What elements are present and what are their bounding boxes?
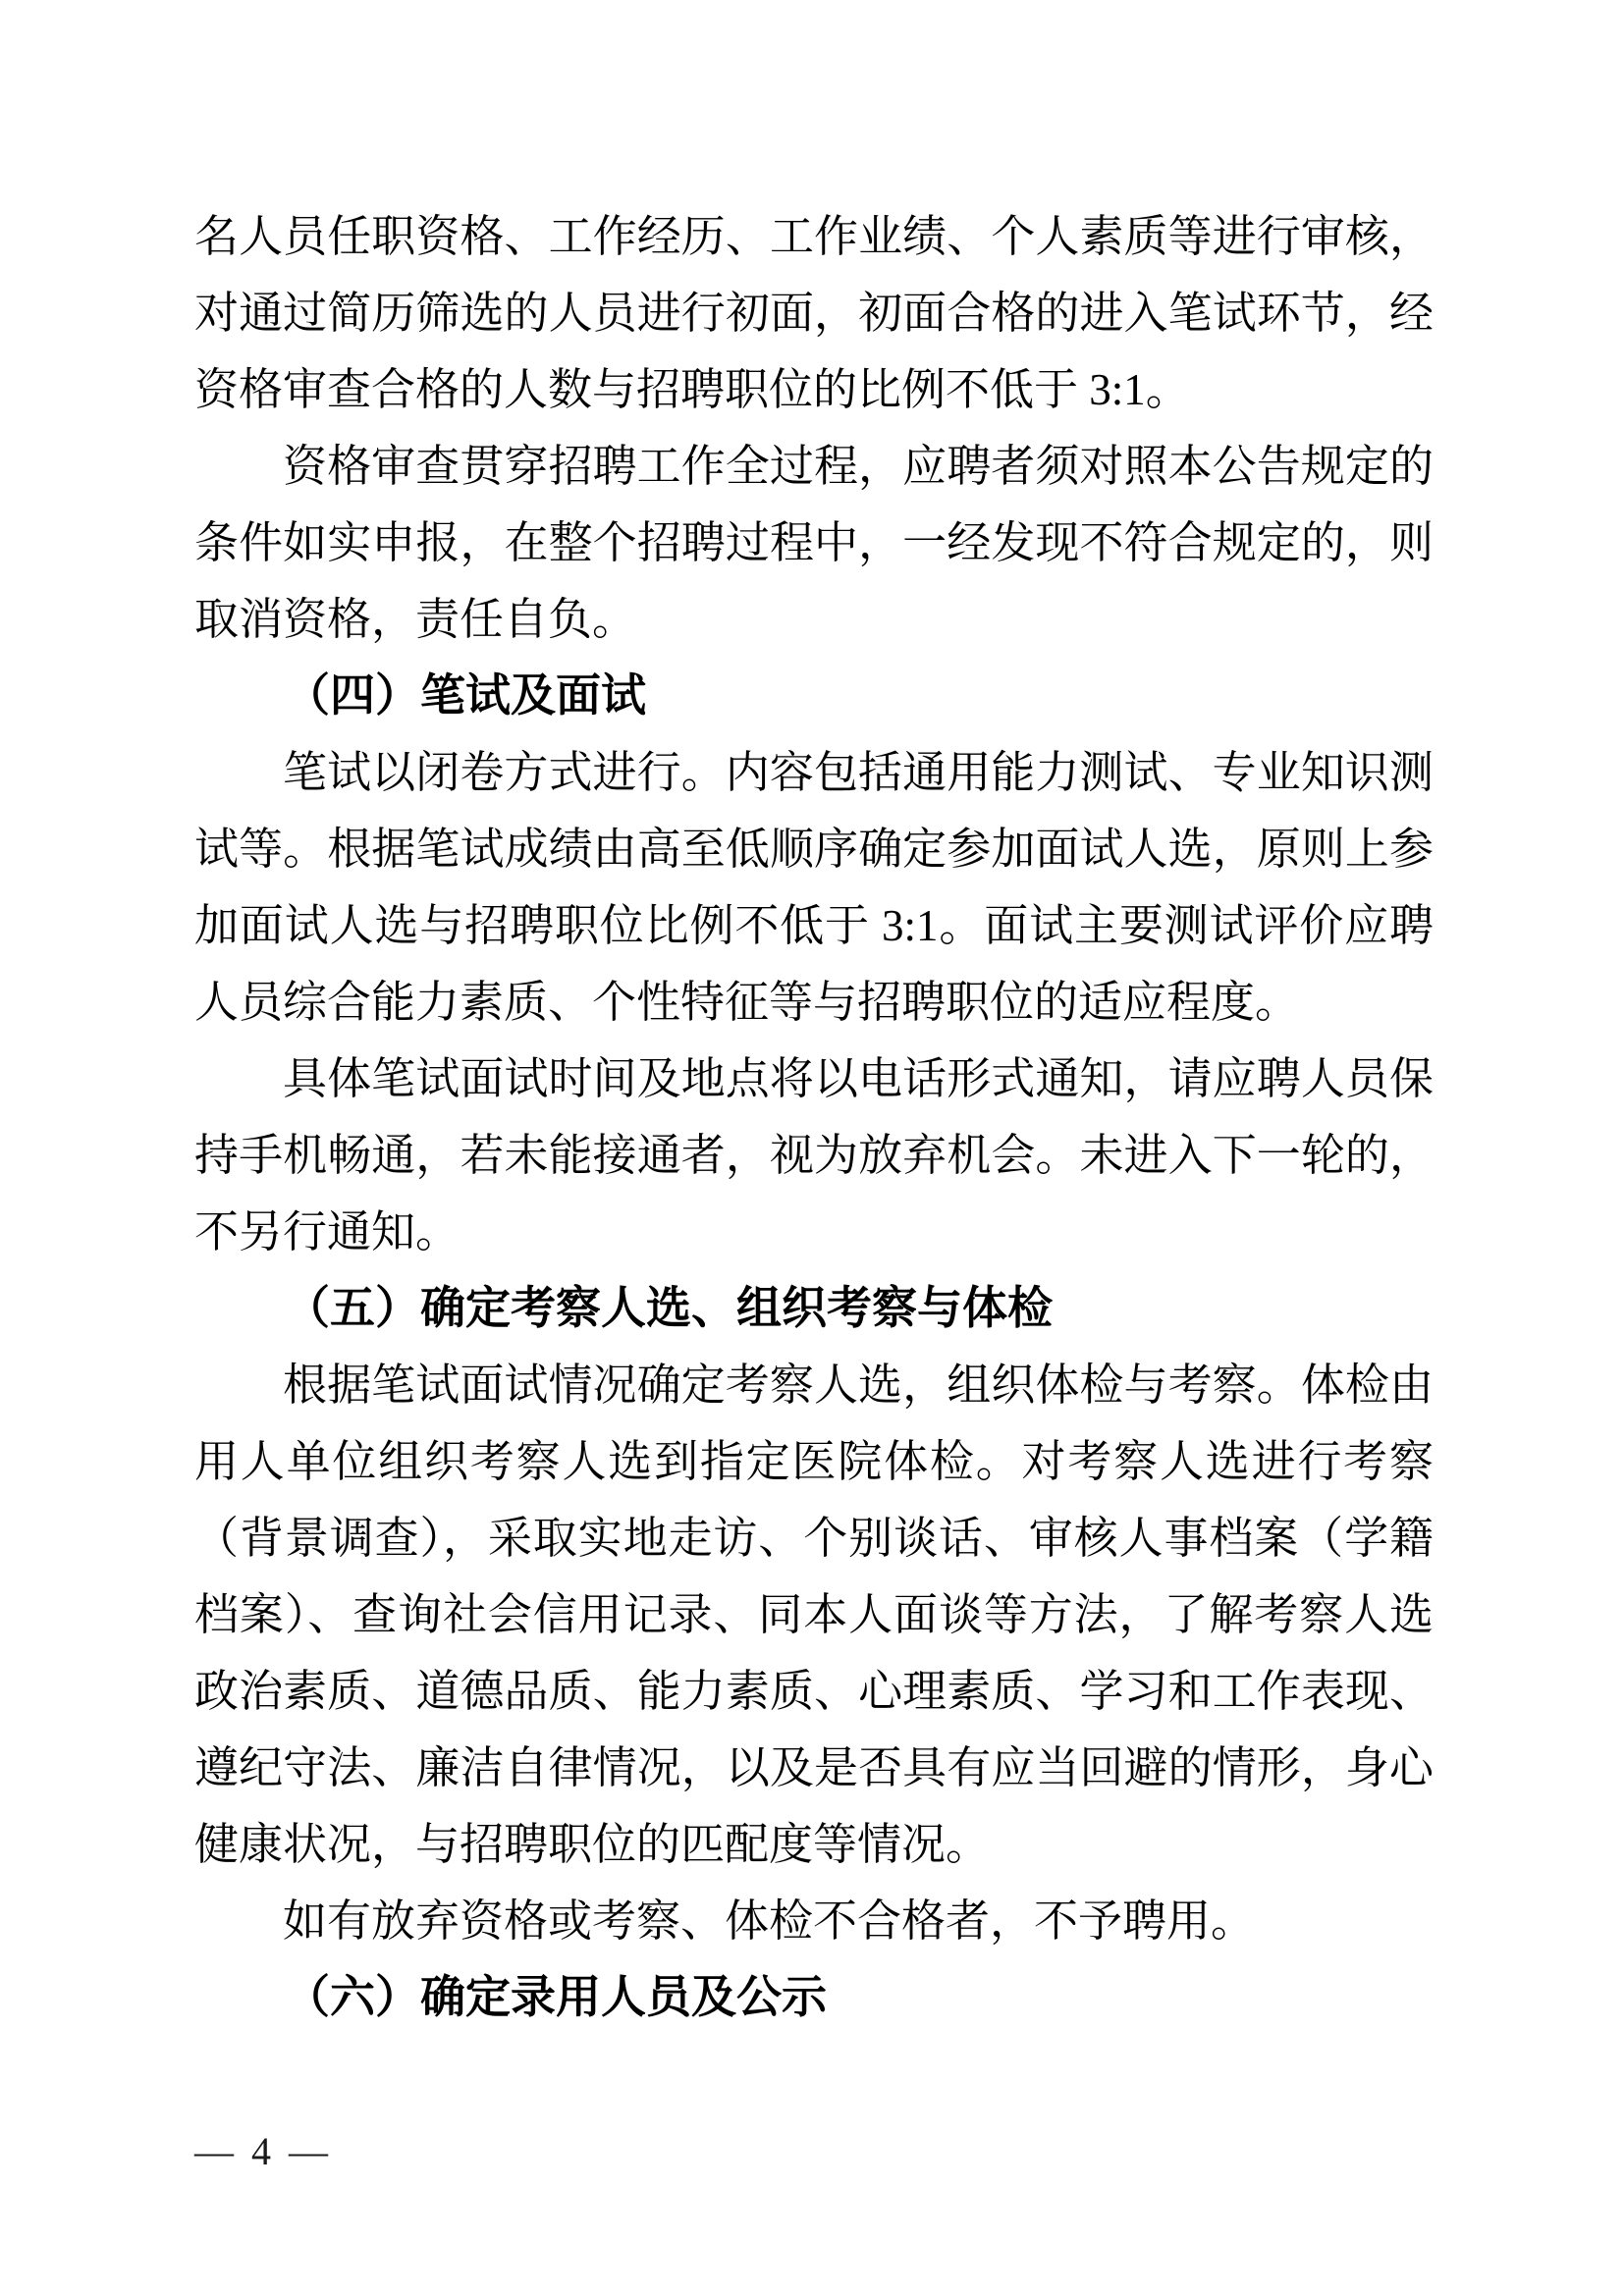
section-heading-hiring-and-publicity: （六）确定录用人员及公示 (194, 1959, 1434, 2036)
document-body: 名人员任职资格、工作经历、工作业绩、个人素质等进行审核，对通过简历筛选的人员进行… (194, 198, 1434, 2036)
paragraph-test-notification: 具体笔试面试时间及地点将以电话形式通知，请应聘人员保持手机畅通，若未能接通者，视… (194, 1041, 1434, 1270)
page-number: — 4 — (194, 2130, 332, 2173)
paragraph-qualification-review: 资格审查贯穿招聘工作全过程，应聘者须对照本公告规定的条件如实申报，在整个招聘过程… (194, 428, 1434, 658)
document-page: 名人员任职资格、工作经历、工作业绩、个人素质等进行审核，对通过简历筛选的人员进行… (0, 0, 1624, 2296)
section-heading-written-and-interview: （四）笔试及面试 (194, 658, 1434, 734)
section-heading-inspection-and-physical: （五）确定考察人选、组织考察与体检 (194, 1270, 1434, 1347)
paragraph-resume-screening: 名人员任职资格、工作经历、工作业绩、个人素质等进行审核，对通过简历筛选的人员进行… (194, 198, 1434, 428)
paragraph-inspection-details: 根据笔试面试情况确定考察人选，组织体检与考察。体检由用人单位组织考察人选到指定医… (194, 1347, 1434, 1883)
paragraph-disqualification-note: 如有放弃资格或考察、体检不合格者，不予聘用。 (194, 1883, 1434, 1959)
paragraph-written-test-details: 笔试以闭卷方式进行。内容包括通用能力测试、专业知识测试等。根据笔试成绩由高至低顺… (194, 734, 1434, 1041)
